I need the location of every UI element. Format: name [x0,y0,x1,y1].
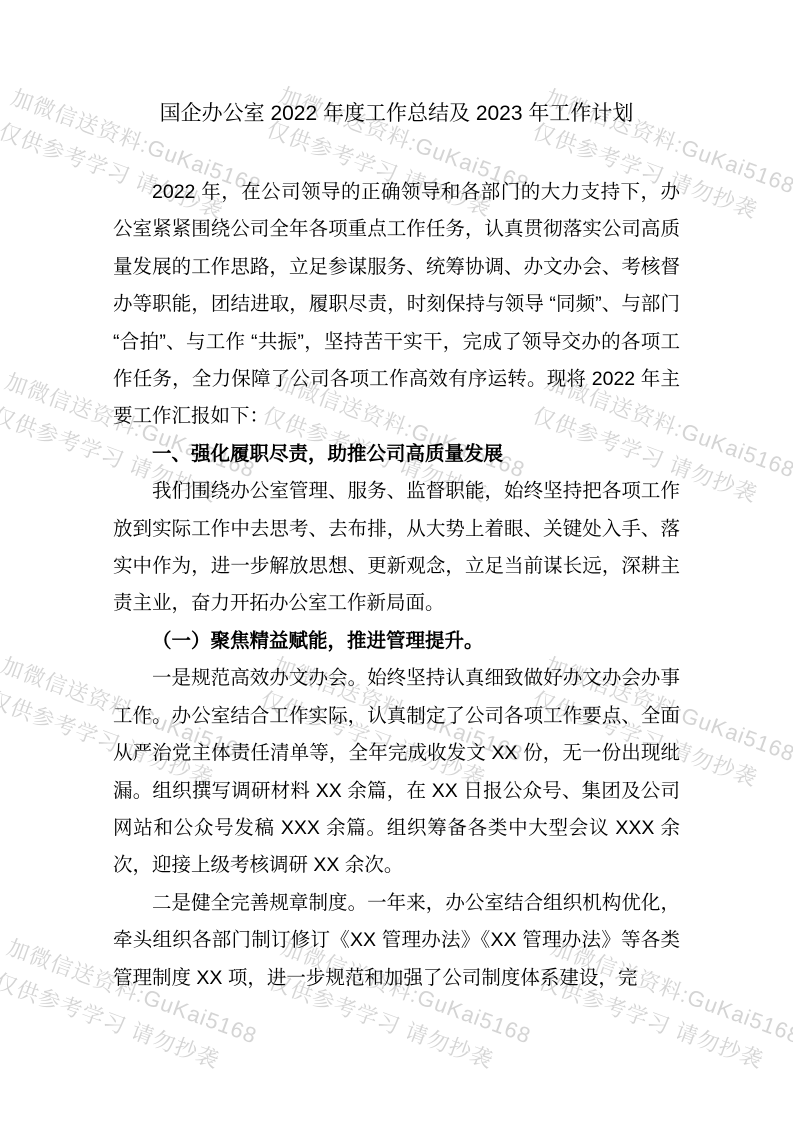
paragraph: 一是规范高效办文办会。始终坚持认真细致做好办文办会办事工作。办公室结合工作实际，… [113,660,680,884]
paragraph: 二是健全完善规章制度。一年来，办公室结合组织机构优化，牵头组织各部门制订修订《X… [113,885,680,997]
document-body: 2022 年，在公司领导的正确领导和各部门的大力支持下，办公室紧紧围绕公司全年各… [113,174,680,997]
paragraph: 2022 年，在公司领导的正确领导和各部门的大力支持下，办公室紧紧围绕公司全年各… [113,174,680,436]
document-content: 国企办公室 2022 年度工作总结及 2023 年工作计划 2022 年，在公司… [0,0,793,997]
document-title: 国企办公室 2022 年度工作总结及 2023 年工作计划 [113,100,680,128]
section-heading: 一、强化履职尽责，助推公司高质量发展 [113,436,680,473]
document-page: 加微信送资料:GuKai5168仅供参考学习 请勿抄袭加微信送资料:GuKai5… [0,0,793,1122]
section-heading: （一）聚焦精益赋能，推进管理提升。 [113,623,680,660]
paragraph: 我们围绕办公室管理、服务、监督职能，始终坚持把各项工作放到实际工作中去思考、去布… [113,473,680,623]
